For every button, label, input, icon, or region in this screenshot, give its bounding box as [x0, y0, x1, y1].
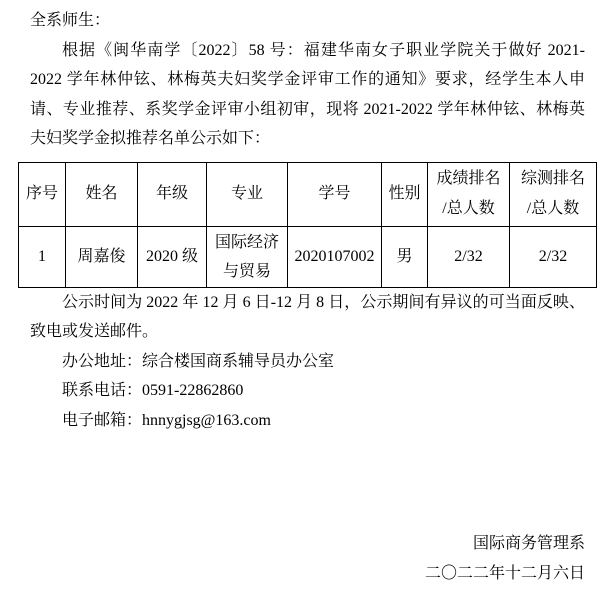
header-student-id: 学号 [288, 162, 382, 226]
cell-grade: 2020 级 [138, 226, 207, 287]
header-gender: 性别 [382, 162, 428, 226]
cell-score-rank: 2/32 [428, 226, 510, 287]
cell-serial-number: 1 [19, 226, 66, 287]
cell-major: 国际经济 与贸易 [207, 226, 288, 287]
table-row: 1 周嘉俊 2020 级 国际经济 与贸易 2020107002 男 2/32 … [19, 226, 597, 287]
header-score-rank: 成绩排名 /总人数 [428, 162, 510, 226]
salutation: 全系师生： [30, 6, 585, 36]
header-serial-number: 序号 [19, 162, 66, 226]
header-overall-rank: 综测排名 /总人数 [510, 162, 597, 226]
header-major: 专业 [207, 162, 288, 226]
table-header-row: 序号 姓名 年级 专业 学号 性别 成绩排名 /总人数 综测排名 /总人数 [19, 162, 597, 226]
signature-date: 二〇二二年十二月六日 [30, 559, 585, 589]
intro-paragraph: 根据《闽华南学〔2022〕58 号：福建华南女子职业学院关于做好 2021-20… [30, 36, 585, 154]
candidate-table: 序号 姓名 年级 专业 学号 性别 成绩排名 /总人数 综测排名 /总人数 1 … [18, 162, 597, 288]
office-address-line: 办公地址：综合楼国商系辅导员办公室 [30, 347, 585, 377]
header-name: 姓名 [66, 162, 138, 226]
signature-block: 国际商务管理系 二〇二二年十二月六日 [30, 529, 585, 589]
phone-line: 联系电话：0591-22862860 [30, 376, 585, 406]
publicity-period-paragraph: 公示时间为 2022 年 12 月 6 日-12 月 8 日，公示期间有异议的可… [30, 288, 585, 347]
header-grade: 年级 [138, 162, 207, 226]
cell-student-id: 2020107002 [288, 226, 382, 287]
notice-document: 全系师生： 根据《闽华南学〔2022〕58 号：福建华南女子职业学院关于做好 2… [0, 0, 616, 589]
signature-department: 国际商务管理系 [30, 529, 585, 559]
email-line: 电子邮箱：hnnygjsg@163.com [30, 406, 585, 436]
cell-gender: 男 [382, 226, 428, 287]
cell-overall-rank: 2/32 [510, 226, 597, 287]
cell-name: 周嘉俊 [66, 226, 138, 287]
